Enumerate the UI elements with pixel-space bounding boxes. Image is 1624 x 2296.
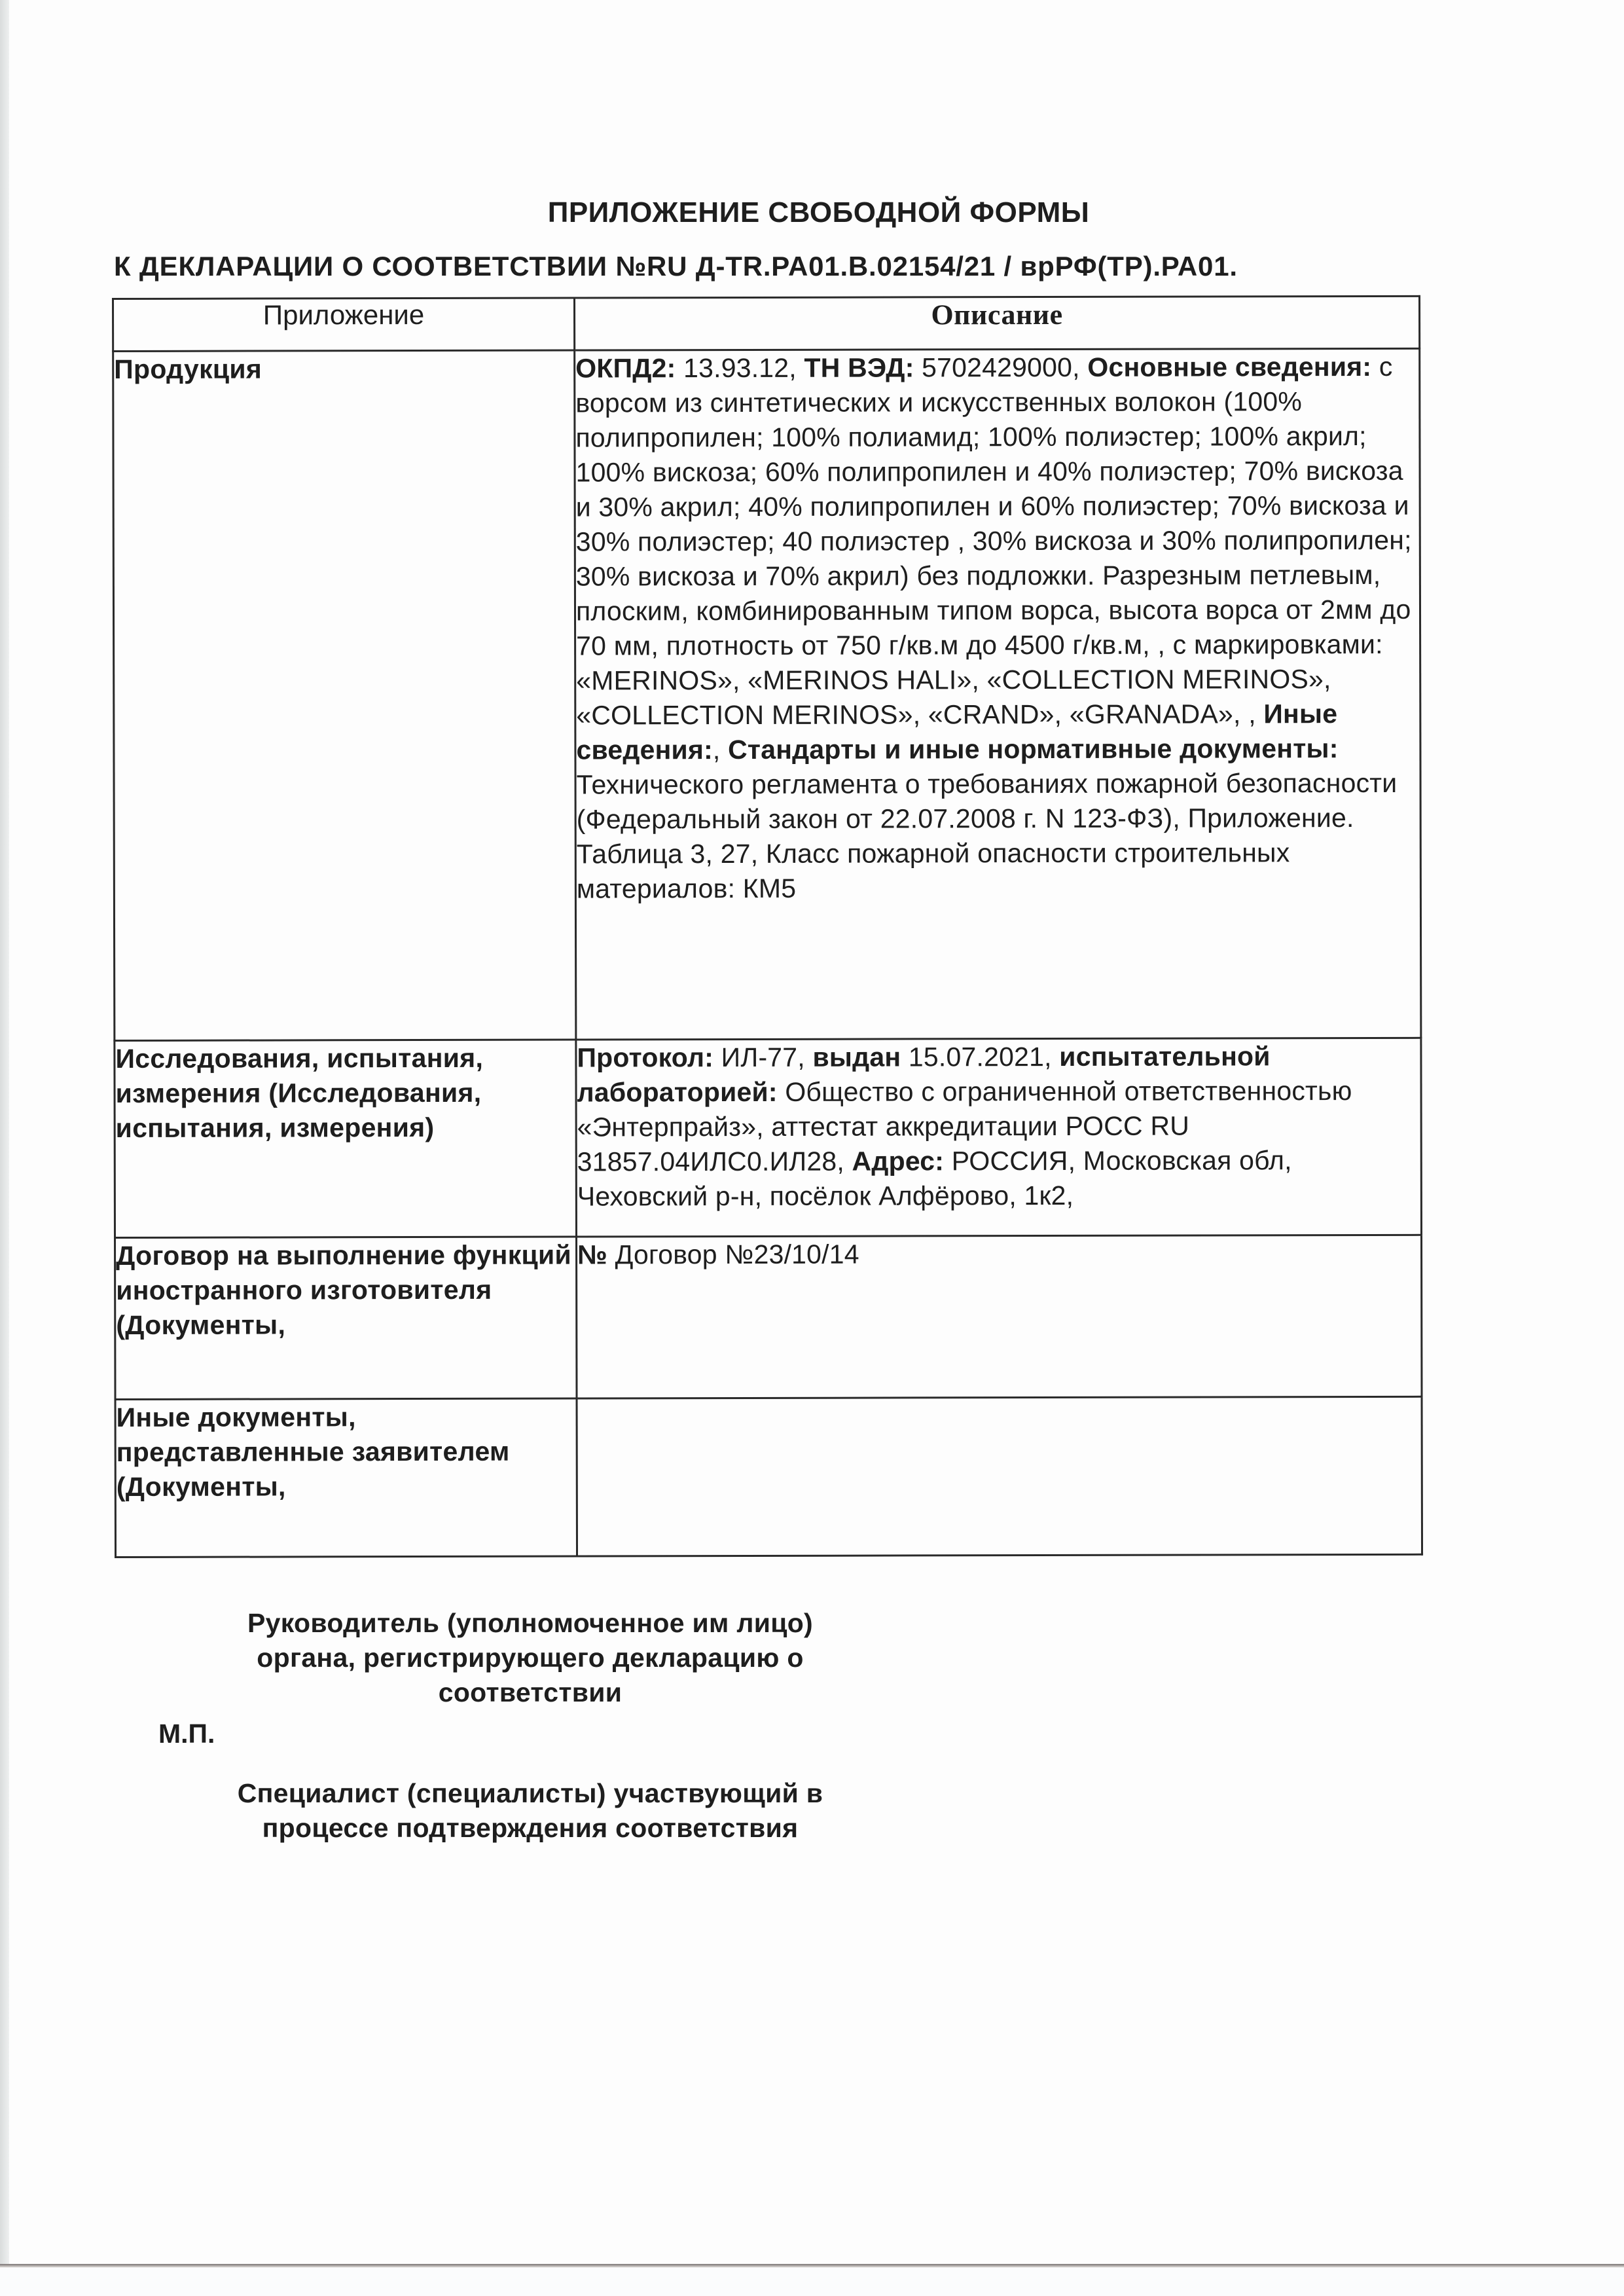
- field-label: ОКПД2:: [575, 353, 676, 383]
- field-value: Договор №23/10/14: [607, 1239, 859, 1270]
- document-subtitle: К ДЕКЛАРАЦИИ О СООТВЕТСТВИИ №RU Д-TR.PA0…: [114, 251, 1238, 282]
- table-row-other-documents: Иные документы, представленные заявителе…: [115, 1396, 1422, 1557]
- row-label-other-documents: Иные документы, представленные заявителе…: [115, 1398, 577, 1557]
- table-header-row: Приложение Описание: [113, 296, 1420, 351]
- column-header-appendix: Приложение: [113, 298, 575, 351]
- field-value: ИЛ-77,: [713, 1042, 813, 1072]
- field-label: №: [577, 1239, 607, 1269]
- row-label-tests: Исследования, испытания, измерения (Иссл…: [115, 1040, 577, 1237]
- stamp-placeholder: М.П.: [158, 1719, 215, 1749]
- field-label: Протокол:: [577, 1042, 713, 1072]
- table-row-product: Продукция ОКПД2: 13.93.12, ТН ВЭД: 57024…: [113, 348, 1421, 1040]
- signature-specialist-label: Специалист (специалисты) участвующий в п…: [236, 1776, 825, 1846]
- field-value: 5702429000,: [914, 352, 1087, 383]
- signature-head-label: Руководитель (уполномоченное им лицо) ор…: [236, 1606, 825, 1710]
- scan-margin-bottom: [0, 2268, 1624, 2296]
- document-title: ПРИЛОЖЕНИЕ СВОБОДНОЙ ФОРМЫ: [0, 196, 1624, 229]
- column-header-description: Описание: [575, 296, 1420, 350]
- field-value: 15.07.2021,: [901, 1042, 1059, 1072]
- field-value: 13.93.12,: [676, 353, 804, 383]
- scan-edge-left: [0, 0, 9, 2265]
- field-label: выдан: [812, 1042, 901, 1072]
- field-label: ТН ВЭД:: [804, 352, 914, 382]
- field-label: Адрес:: [852, 1146, 944, 1176]
- field-label: Основные сведения:: [1087, 352, 1371, 382]
- field-value: Технического регламента о требованиях по…: [577, 768, 1398, 904]
- table-row-tests: Исследования, испытания, измерения (Иссл…: [115, 1038, 1422, 1237]
- row-description-product: ОКПД2: 13.93.12, ТН ВЭД: 5702429000, Осн…: [575, 348, 1421, 1040]
- table-row-contract: Договор на выполнение функций иностранно…: [115, 1235, 1422, 1399]
- field-value: с ворсом из синтетических и искусственны…: [575, 352, 1411, 731]
- row-description-tests: Протокол: ИЛ-77, выдан 15.07.2021, испыт…: [576, 1038, 1422, 1237]
- row-description-other-documents: [577, 1396, 1422, 1556]
- field-value: ,: [713, 735, 728, 765]
- row-description-contract: № Договор №23/10/14: [577, 1235, 1422, 1398]
- field-label: Стандарты и иные нормативные документы:: [728, 733, 1339, 765]
- row-label-contract: Договор на выполнение функций иностранно…: [115, 1237, 577, 1399]
- declaration-table: Приложение Описание Продукция ОКПД2: 13.…: [112, 295, 1423, 1558]
- row-label-product: Продукция: [113, 350, 576, 1040]
